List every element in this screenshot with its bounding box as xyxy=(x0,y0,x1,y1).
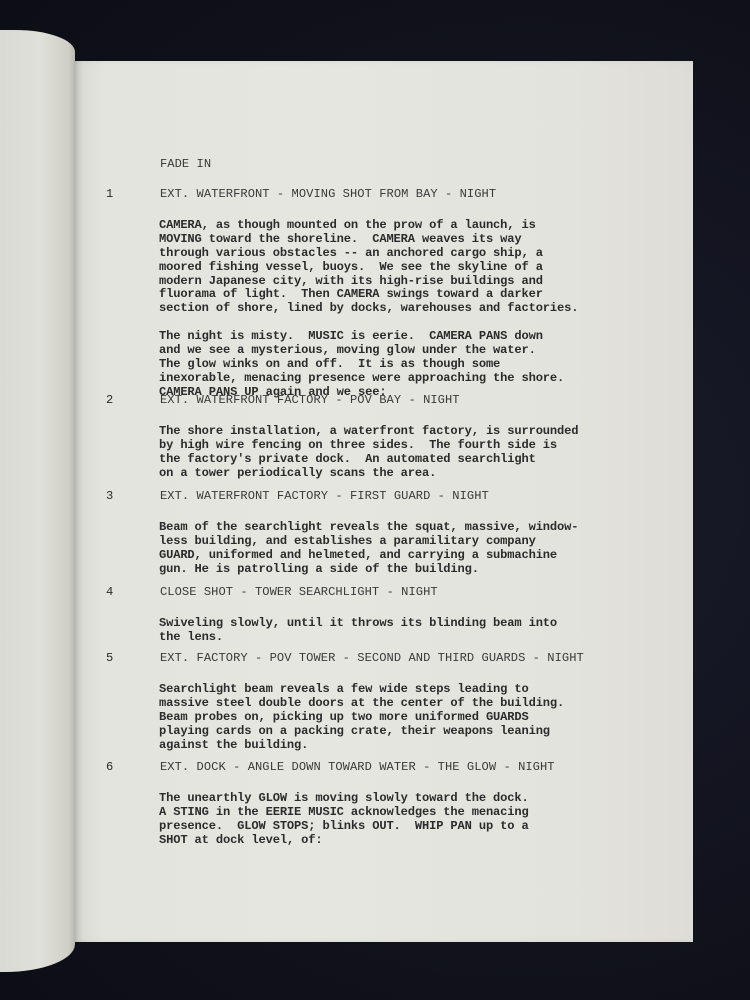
action-line: SHOT at dock level, of: xyxy=(159,834,322,848)
action-line: GUARD, uniformed and helmeted, and carry… xyxy=(159,549,557,563)
transition-fade-in: FADE IN xyxy=(160,158,211,172)
action-line: The glow winks on and off. It is as thou… xyxy=(159,358,500,372)
action-line: The unearthly GLOW is moving slowly towa… xyxy=(159,792,529,806)
scene-number: 4 xyxy=(106,586,113,600)
action-line: by high wire fencing on three sides. The… xyxy=(159,439,557,453)
action-line: on a tower periodically scans the area. xyxy=(159,467,436,481)
action-line: section of shore, lined by docks, wareho… xyxy=(159,302,578,316)
scene-number: 5 xyxy=(106,652,113,666)
action-line: the factory's private dock. An automated… xyxy=(159,453,536,467)
scene-heading: EXT. WATERFRONT FACTORY - POV BAY - NIGH… xyxy=(160,394,460,408)
scene-heading: CLOSE SHOT - TOWER SEARCHLIGHT - NIGHT xyxy=(160,586,438,600)
action-line: the lens. xyxy=(159,631,223,645)
action-line: massive steel double doors at the center… xyxy=(159,697,564,711)
action-line: CAMERA, as though mounted on the prow of… xyxy=(159,219,536,233)
action-line: A STING in the EERIE MUSIC acknowledges … xyxy=(159,806,529,820)
action-line: The night is misty. MUSIC is eerie. CAME… xyxy=(159,330,543,344)
action-line: playing cards on a packing crate, their … xyxy=(159,725,550,739)
action-line: Searchlight beam reveals a few wide step… xyxy=(159,683,529,697)
scene-number: 6 xyxy=(106,761,113,775)
action-line: less building, and establishes a paramil… xyxy=(159,535,536,549)
action-line: Beam probes on, picking up two more unif… xyxy=(159,711,529,725)
action-line: Beam of the searchlight reveals the squa… xyxy=(159,521,578,535)
action-line: moored fishing vessel, buoys. We see the… xyxy=(159,261,543,275)
scene-heading: EXT. WATERFRONT FACTORY - FIRST GUARD - … xyxy=(160,490,489,504)
action-line: presence. GLOW STOPS; blinks OUT. WHIP P… xyxy=(159,820,529,834)
action-line: and we see a mysterious, moving glow und… xyxy=(159,344,536,358)
action-line: inexorable, menacing presence were appro… xyxy=(159,372,564,386)
action-line: gun. He is patrolling a side of the buil… xyxy=(159,563,479,577)
scene-heading: EXT. WATERFRONT - MOVING SHOT FROM BAY -… xyxy=(160,188,496,202)
screenplay-page: FADE IN 1EXT. WATERFRONT - MOVING SHOT F… xyxy=(74,61,693,942)
action-line: The shore installation, a waterfront fac… xyxy=(159,425,578,439)
page-content: FADE IN 1EXT. WATERFRONT - MOVING SHOT F… xyxy=(74,61,693,942)
left-page-edge xyxy=(0,30,75,972)
action-line: Swiveling slowly, until it throws its bl… xyxy=(159,617,557,631)
action-line: against the building. xyxy=(159,739,308,753)
scene-number: 1 xyxy=(106,188,113,202)
action-line: fluorama of light. Then CAMERA swings to… xyxy=(159,288,543,302)
scene-heading: EXT. FACTORY - POV TOWER - SECOND AND TH… xyxy=(160,652,584,666)
action-line: modern Japanese city, with its high-rise… xyxy=(159,275,543,289)
action-line: through various obstacles -- an anchored… xyxy=(159,247,543,261)
scene-heading: EXT. DOCK - ANGLE DOWN TOWARD WATER - TH… xyxy=(160,761,555,775)
scene-number: 3 xyxy=(106,490,113,504)
action-line: MOVING toward the shoreline. CAMERA weav… xyxy=(159,233,521,247)
scene-number: 2 xyxy=(106,394,113,408)
